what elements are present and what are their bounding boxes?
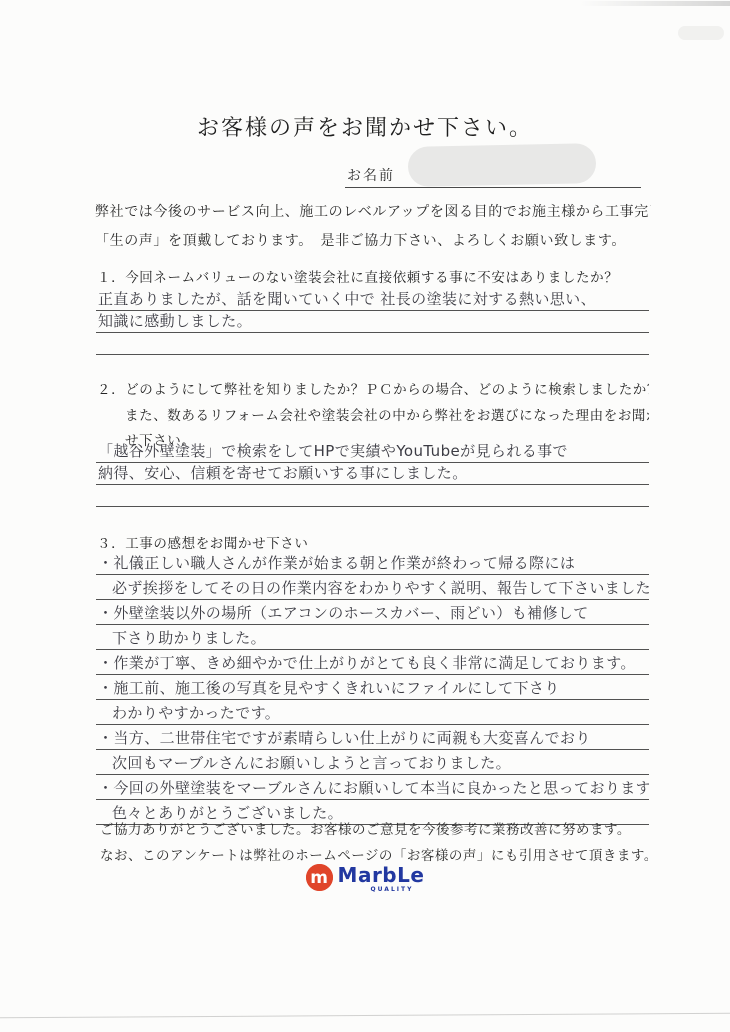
question-1-answer-area: 正直ありましたが、話を聞いていく中で 社長の塗装に対する熱い思い、 知識に感動し… (96, 289, 649, 355)
page-title: お客様の声をお聞かせ下さい。 (0, 111, 730, 142)
handwritten-answer-line: 知識に感動しました。 (96, 311, 649, 333)
handwritten-text: ・当方、二世帯住宅ですが素晴らしい仕上がりに両親も大変喜んでおり (96, 727, 591, 749)
handwritten-answer-line: わかりやすかったです。 (96, 700, 649, 725)
question-3-text: ３．工事の感想をお聞かせ下さい (97, 532, 649, 552)
intro-paragraph: 弊社では今後のサービス向上、施工のレベルアップを図る目的でお施主様から工事完了後… (95, 198, 651, 256)
marble-logo-mark-icon: m (306, 864, 333, 891)
scanned-questionnaire-page: お客様の声をお聞かせ下さい。 お名前 弊社では今後のサービス向上、施工のレベルア… (0, 0, 730, 1032)
blank-ruled-line (96, 333, 649, 355)
handwritten-answer-line: ・当方、二世帯住宅ですが素晴らしい仕上がりに両親も大変喜んでおり (96, 725, 649, 750)
footer-line: ご協力ありがとうございました。お客様のご意見を今後参考に業務改善に努めます。 (100, 817, 648, 843)
company-logo: m MarbLe QUALITY (0, 864, 730, 893)
handwritten-text: 次回もマーブルさんにお願いしようと言っておりました。 (96, 752, 511, 774)
handwritten-text: 「越谷外壁塗装」で検索をしてHPで実績やYouTubeが見られる事で (96, 441, 568, 462)
question-1-text: １．今回ネームバリューのない塗装会社に直接依頼する事に不安はありましたか？ (97, 266, 649, 286)
intro-line: 弊社では今後のサービス向上、施工のレベルアップを図る目的でお施主様から工事完了後 (95, 198, 651, 227)
handwritten-text: ・今回の外壁塗装をマーブルさんにお願いして本当に良かったと思っております。 (96, 777, 649, 799)
question-3-answer-area: ・礼儀正しい職人さんが作業が始まる朝と作業が終わって帰る際には 必ず挨拶をしてそ… (96, 550, 649, 825)
handwritten-answer-line: 必ず挨拶をしてその日の作業内容をわかりやすく説明、報告して下さいました。 (96, 575, 649, 600)
handwritten-text: わかりやすかったです。 (96, 702, 280, 724)
handwritten-text: ・施工前、施工後の写真を見やすくきれいにファイルにして下さり (96, 677, 560, 699)
question-2-line: また、数あるリフォーム会社や塗装会社の中から弊社をお選びになった理由をお聞か (97, 403, 649, 429)
handwritten-answer-line: 下さり助かりました。 (96, 625, 649, 650)
redaction-blob (408, 143, 597, 187)
name-label: お名前 (347, 165, 395, 185)
handwritten-answer-line: ・礼儀正しい職人さんが作業が始まる朝と作業が終わって帰る際には (96, 550, 649, 575)
question-2-line: ２．どのようにして弊社を知りましたか？ＰＣからの場合、どのように検索しましたか？ (97, 377, 649, 403)
handwritten-text: ・外壁塗装以外の場所（エアコンのホースカバー、雨どい）も補修して (96, 602, 589, 624)
logo-text-column: MarbLe QUALITY (338, 864, 425, 893)
handwritten-answer-line: ・今回の外壁塗装をマーブルさんにお願いして本当に良かったと思っております。 (96, 775, 649, 800)
handwritten-text: 下さり助かりました。 (96, 627, 266, 649)
handwritten-answer-line: 正直ありましたが、話を聞いていく中で 社長の塗装に対する熱い思い、 (96, 289, 649, 311)
handwritten-text: 知識に感動しました。 (96, 311, 252, 332)
handwritten-answer-line: ・外壁塗装以外の場所（エアコンのホースカバー、雨どい）も補修して (96, 600, 649, 625)
handwritten-answer-line: 「越谷外壁塗装」で検索をしてHPで実績やYouTubeが見られる事で (96, 441, 649, 463)
question-2-answer-area: 「越谷外壁塗装」で検索をしてHPで実績やYouTubeが見られる事で 納得、安心… (96, 441, 649, 507)
handwritten-answer-line: ・作業が丁寧、きめ細やかで仕上がりがとても良く非常に満足しております。 (96, 650, 649, 675)
footer-paragraph: ご協力ありがとうございました。お客様のご意見を今後参考に業務改善に努めます。 な… (100, 817, 648, 869)
scan-artifact-paper-edge (0, 1013, 730, 1019)
handwritten-text: 正直ありましたが、話を聞いていく中で 社長の塗装に対する熱い思い、 (96, 289, 596, 310)
handwritten-text: ・作業が丁寧、きめ細やかで仕上がりがとても良く非常に満足しております。 (96, 652, 636, 674)
blank-ruled-line (96, 485, 649, 507)
handwritten-text: 納得、安心、信頼を寄せてお願いする事にしました。 (96, 463, 468, 484)
handwritten-text: 必ず挨拶をしてその日の作業内容をわかりやすく説明、報告して下さいました。 (96, 577, 649, 599)
intro-line: 「生の声」を頂戴しております。 是非ご協力下さい、よろしくお願い致します。 (95, 227, 651, 256)
logo-tagline-text: QUALITY (371, 886, 414, 893)
logo-brand-text: MarbLe (338, 865, 425, 885)
scan-artifact-smudge (678, 26, 724, 40)
handwritten-answer-line: 次回もマーブルさんにお願いしようと言っておりました。 (96, 750, 649, 775)
handwritten-answer-line: 納得、安心、信頼を寄せてお願いする事にしました。 (96, 463, 649, 485)
handwritten-answer-line: ・施工前、施工後の写真を見やすくきれいにファイルにして下さり (96, 675, 649, 700)
handwritten-text: ・礼儀正しい職人さんが作業が始まる朝と作業が終わって帰る際には (96, 552, 575, 574)
scan-artifact-top-streak (580, 1, 730, 6)
